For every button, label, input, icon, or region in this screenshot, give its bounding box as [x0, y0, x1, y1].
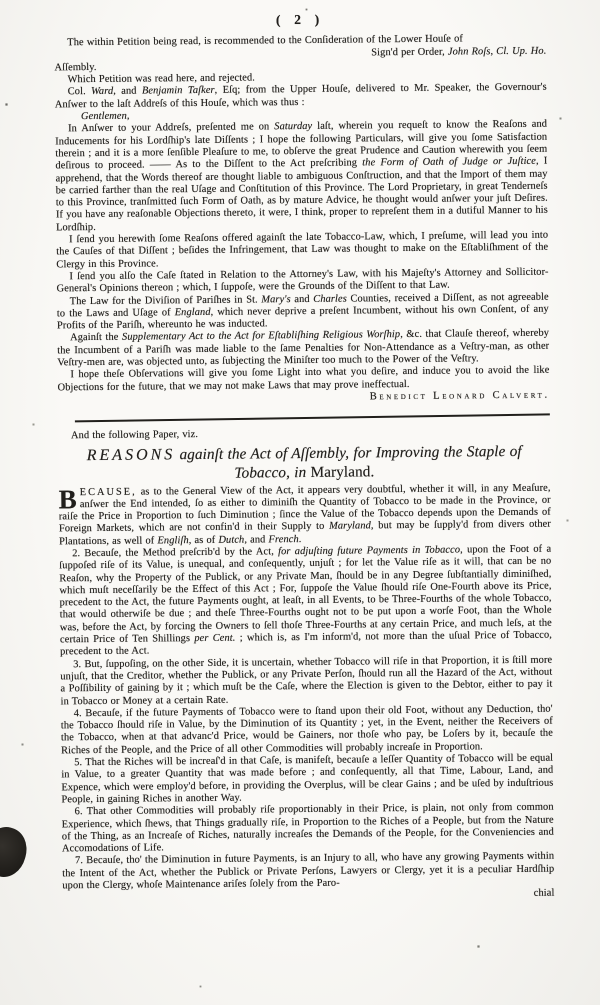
- paragraph: BECAUSE, as to the General View of the A…: [59, 482, 552, 548]
- paragraph: 5. That the Riches will be increaſ'd in …: [61, 753, 553, 807]
- paper-intro-line: And the following Paper, viz.: [58, 426, 550, 443]
- paragraph: 2. Becauſe, the Method preſcrib'd by the…: [59, 544, 552, 659]
- paragraph: 4. Becauſe, if the future Payments of To…: [61, 703, 553, 757]
- heading-lead: REASONS: [87, 446, 176, 464]
- section-divider: [75, 414, 550, 423]
- reasons-paragraphs: BECAUSE, as to the General View of the A…: [59, 482, 555, 905]
- paragraph: 3. But, ſuppoſing, on the other Side, it…: [60, 654, 552, 708]
- page-content: ( 2 ) The within Petition being read, is…: [54, 12, 555, 905]
- ink-blot: [0, 822, 32, 881]
- drop-cap: B: [59, 487, 80, 510]
- paper-section: And the following Paper, viz. REASONS ag…: [58, 426, 555, 905]
- paragraph: In Anſwer to your Addreſs, preſented me …: [55, 119, 548, 234]
- paragraph: 6. That other Commodities will probably …: [62, 802, 554, 856]
- paragraph: 7. Becauſe, tho' the Diminution in futur…: [62, 851, 554, 893]
- document-page: ( 2 ) The within Petition being read, is…: [0, 0, 600, 1005]
- scan-speckles: [0, 0, 1, 1]
- page-number: ( 2 ): [54, 12, 546, 29]
- spaced-caps: ECAUSE,: [80, 486, 137, 498]
- paragraph: Againſt the Supplementary Act to the Act…: [57, 328, 549, 370]
- reasons-heading: REASONS againſt the Act of Aſſembly, for…: [58, 441, 550, 484]
- paragraph: The Law for the Diviſion of Pariſhes in …: [57, 291, 549, 333]
- paragraph: I ſend you herewith ſome Reaſons offered…: [56, 230, 548, 272]
- proceedings-section: The within Petition being read, is recom…: [54, 33, 550, 407]
- heading-place-name: Maryland.: [311, 463, 375, 481]
